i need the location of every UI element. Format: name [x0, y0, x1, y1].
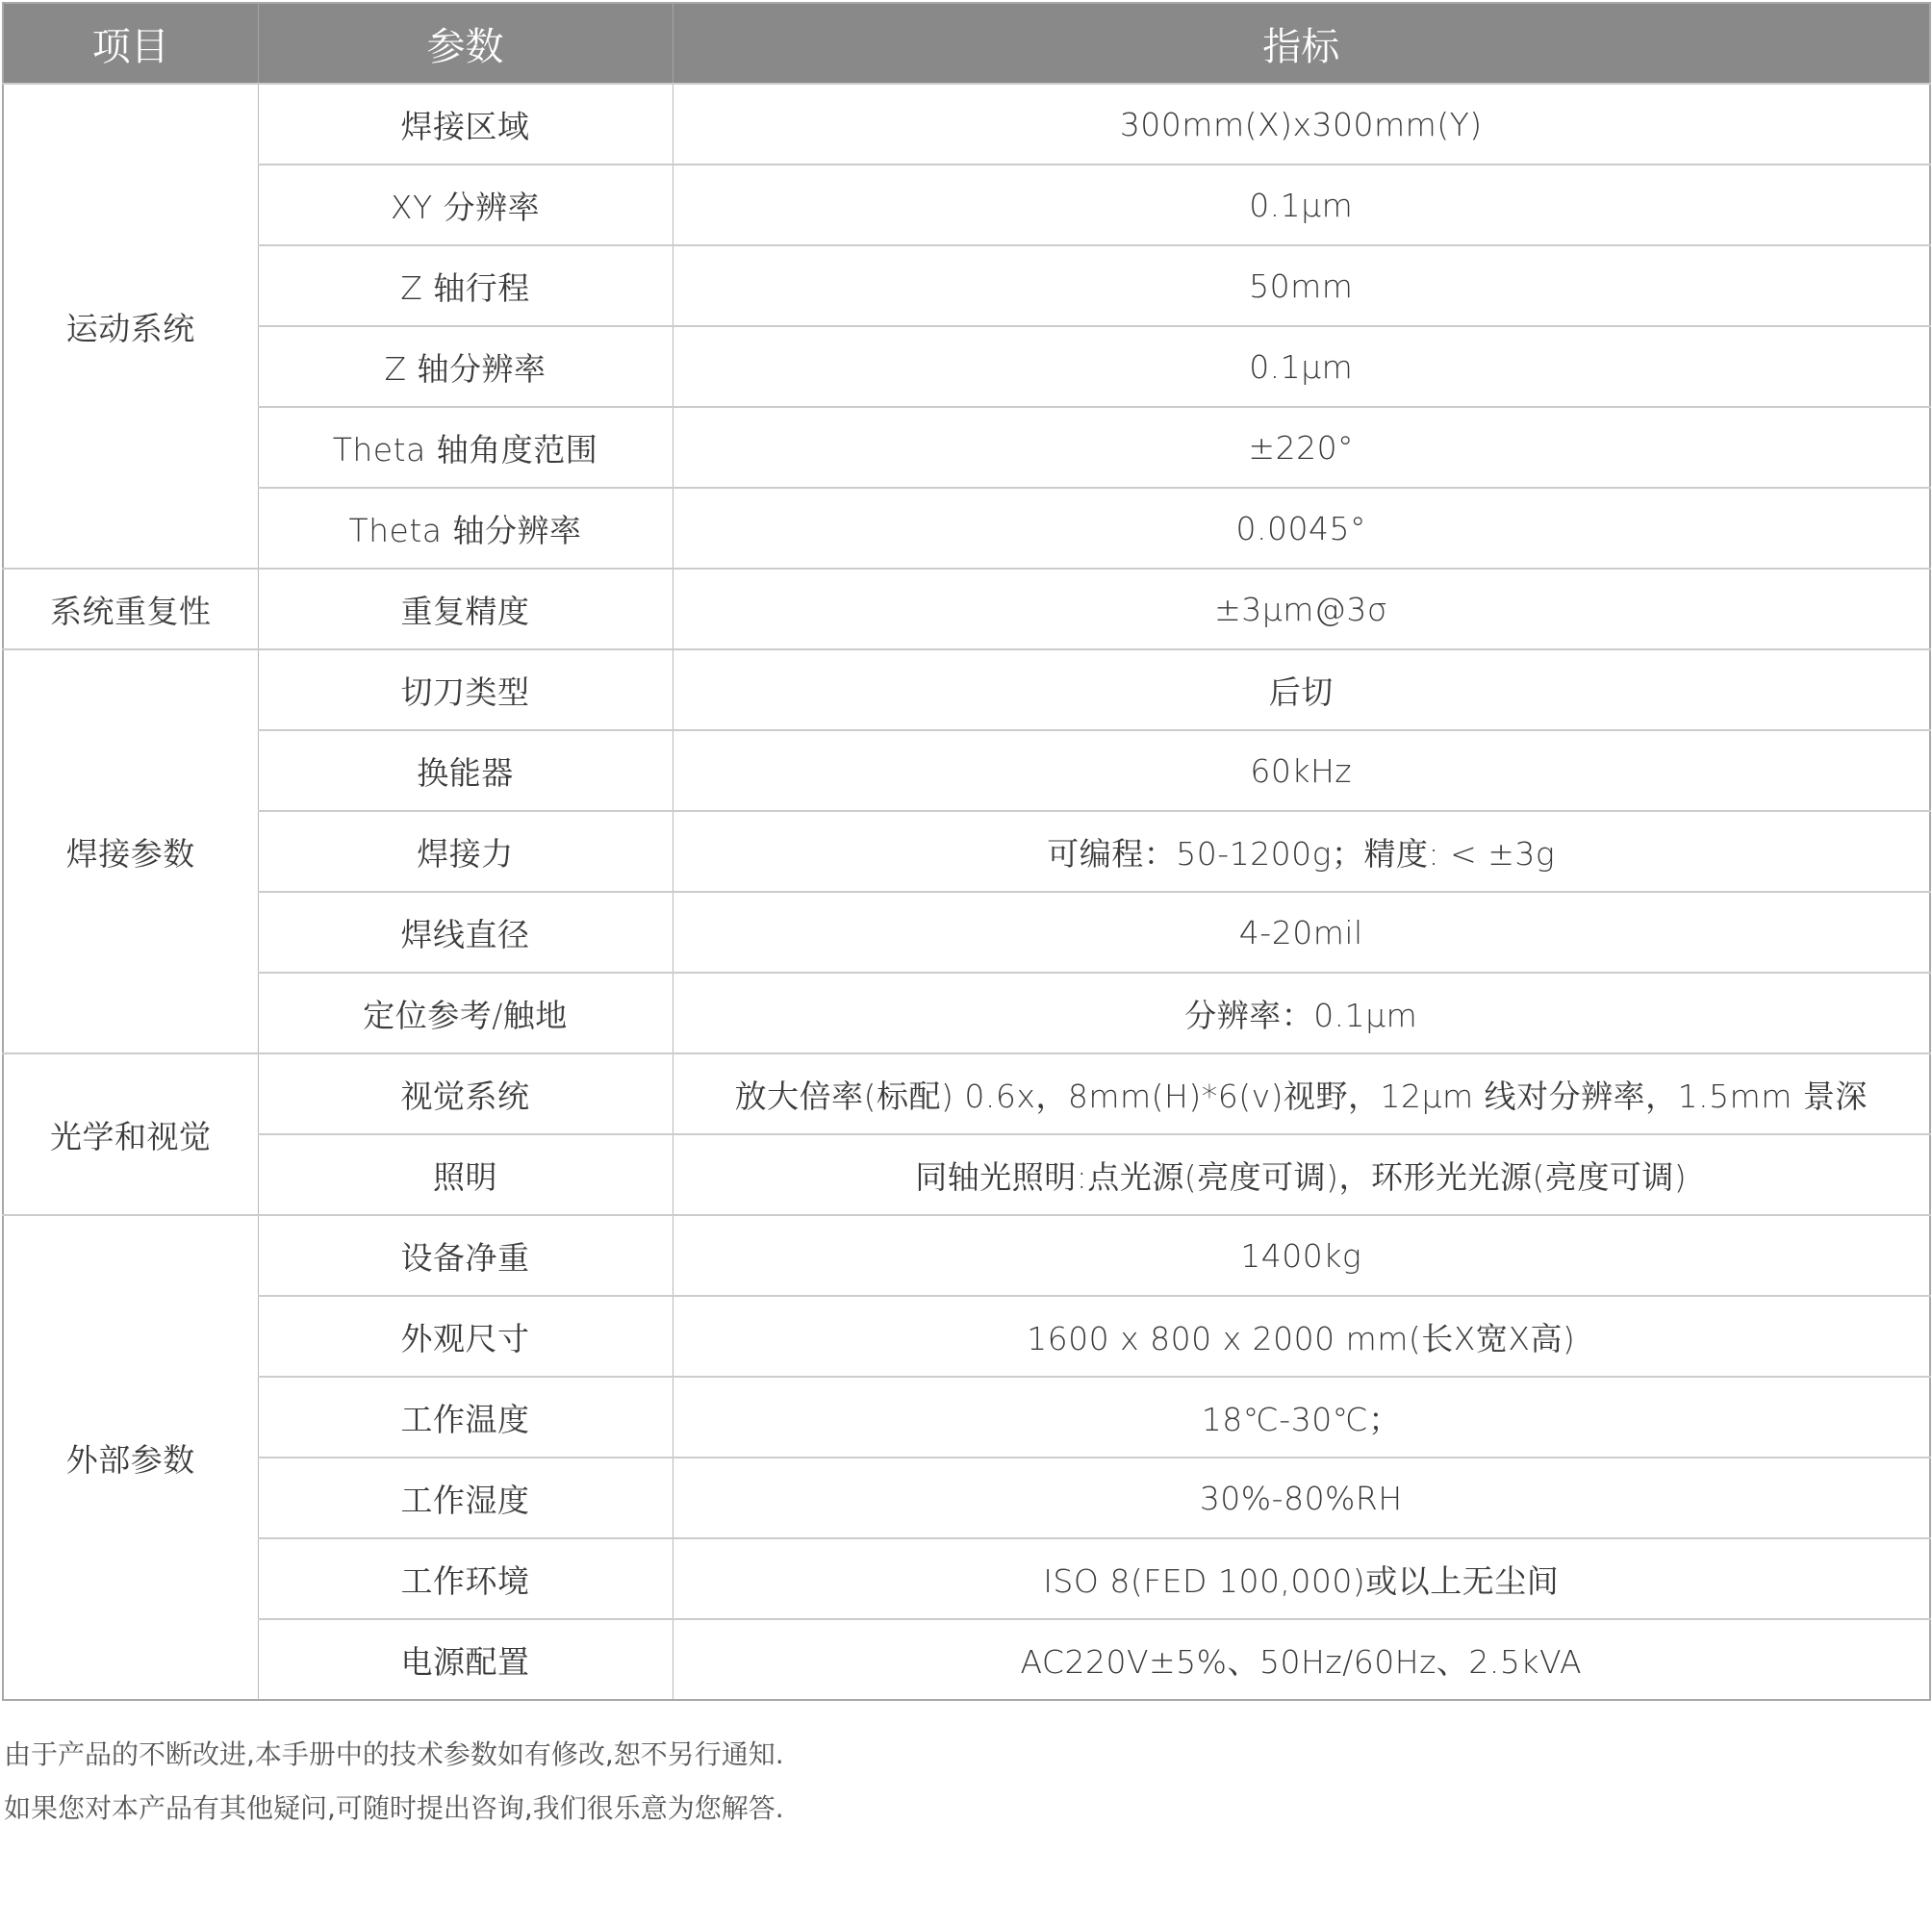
- value-cell: 分辨率：0.1μm: [673, 973, 1930, 1053]
- param-cell: 工作湿度: [258, 1458, 673, 1538]
- param-cell: Z 轴分辨率: [258, 326, 673, 407]
- value-cell: 4-20mil: [673, 892, 1930, 973]
- header-parameter: 参数: [258, 3, 673, 84]
- param-cell: 换能器: [258, 730, 673, 811]
- param-cell: Theta 轴分辨率: [258, 488, 673, 569]
- table-row: 照明 同轴光照明:点光源(亮度可调)，环形光光源(亮度可调): [3, 1134, 1930, 1215]
- table-row: Z 轴分辨率 0.1μm: [3, 326, 1930, 407]
- value-cell: 300mm(X)x300mm(Y): [673, 84, 1930, 165]
- param-cell: 视觉系统: [258, 1053, 673, 1134]
- param-cell: 焊线直径: [258, 892, 673, 973]
- category-cell: 焊接参数: [3, 649, 258, 1053]
- table-row: 定位参考/触地 分辨率：0.1μm: [3, 973, 1930, 1053]
- table-row: Theta 轴角度范围 ±220°: [3, 407, 1930, 488]
- param-cell: 焊接力: [258, 811, 673, 892]
- value-cell: 50mm: [673, 245, 1930, 326]
- table-row: 焊线直径 4-20mil: [3, 892, 1930, 973]
- table-row: 焊接参数 切刀类型 后切: [3, 649, 1930, 730]
- param-cell: 设备净重: [258, 1215, 673, 1296]
- table-row: 光学和视觉 视觉系统 放大倍率(标配) 0.6x，8mm(H)*6(v)视野，1…: [3, 1053, 1930, 1134]
- value-cell: 0.1μm: [673, 165, 1930, 245]
- table-header-row: 项目 参数 指标: [3, 3, 1930, 84]
- header-category: 项目: [3, 3, 258, 84]
- table-row: XY 分辨率 0.1μm: [3, 165, 1930, 245]
- table-row: 工作温度 18℃-30℃；: [3, 1377, 1930, 1458]
- category-cell: 运动系统: [3, 84, 258, 569]
- value-cell: 可编程：50-1200g；精度: < ±3g: [673, 811, 1930, 892]
- table-row: 工作湿度 30%-80%RH: [3, 1458, 1930, 1538]
- value-cell: 18℃-30℃；: [673, 1377, 1930, 1458]
- param-cell: 照明: [258, 1134, 673, 1215]
- table-row: 外观尺寸 1600 x 800 x 2000 mm(长X宽X高): [3, 1296, 1930, 1377]
- param-cell: 切刀类型: [258, 649, 673, 730]
- value-cell: 同轴光照明:点光源(亮度可调)，环形光光源(亮度可调): [673, 1134, 1930, 1215]
- value-cell: 0.0045°: [673, 488, 1930, 569]
- value-cell: AC220V±5%、50Hz/60Hz、2.5kVA: [673, 1619, 1930, 1700]
- value-cell: ISO 8(FED 100,000)或以上无尘间: [673, 1538, 1930, 1619]
- table-row: Z 轴行程 50mm: [3, 245, 1930, 326]
- table-row: 运动系统 焊接区域 300mm(X)x300mm(Y): [3, 84, 1930, 165]
- table-row: 系统重复性 重复精度 ±3μm@3σ: [3, 569, 1930, 649]
- value-cell: 放大倍率(标配) 0.6x，8mm(H)*6(v)视野，12μm 线对分辨率，1…: [673, 1053, 1930, 1134]
- value-cell: 1600 x 800 x 2000 mm(长X宽X高): [673, 1296, 1930, 1377]
- param-cell: 电源配置: [258, 1619, 673, 1700]
- param-cell: Theta 轴角度范围: [258, 407, 673, 488]
- param-cell: 焊接区域: [258, 84, 673, 165]
- param-cell: XY 分辨率: [258, 165, 673, 245]
- value-cell: 0.1μm: [673, 326, 1930, 407]
- category-cell: 外部参数: [3, 1215, 258, 1700]
- table-row: 电源配置 AC220V±5%、50Hz/60Hz、2.5kVA: [3, 1619, 1930, 1700]
- table-row: 换能器 60kHz: [3, 730, 1930, 811]
- value-cell: 30%-80%RH: [673, 1458, 1930, 1538]
- table-row: Theta 轴分辨率 0.0045°: [3, 488, 1930, 569]
- table-row: 外部参数 设备净重 1400kg: [3, 1215, 1930, 1296]
- param-cell: 外观尺寸: [258, 1296, 673, 1377]
- value-cell: ±3μm@3σ: [673, 569, 1930, 649]
- header-specification: 指标: [673, 3, 1930, 84]
- param-cell: 工作环境: [258, 1538, 673, 1619]
- param-cell: Z 轴行程: [258, 245, 673, 326]
- footnote-line: 如果您对本产品有其他疑问,可随时提出咨询,我们很乐意为您解答.: [4, 1791, 784, 1826]
- footnote-line: 由于产品的不断改进,本手册中的技术参数如有修改,恕不另行通知.: [4, 1737, 784, 1772]
- param-cell: 工作温度: [258, 1377, 673, 1458]
- table-row: 焊接力 可编程：50-1200g；精度: < ±3g: [3, 811, 1930, 892]
- spec-table: 项目 参数 指标 运动系统 焊接区域 300mm(X)x300mm(Y) XY …: [2, 2, 1931, 1701]
- footnotes: 由于产品的不断改进,本手册中的技术参数如有修改,恕不另行通知. 如果您对本产品有…: [4, 1737, 784, 1845]
- param-cell: 重复精度: [258, 569, 673, 649]
- category-cell: 系统重复性: [3, 569, 258, 649]
- table-row: 工作环境 ISO 8(FED 100,000)或以上无尘间: [3, 1538, 1930, 1619]
- category-cell: 光学和视觉: [3, 1053, 258, 1215]
- param-cell: 定位参考/触地: [258, 973, 673, 1053]
- value-cell: 60kHz: [673, 730, 1930, 811]
- value-cell: 1400kg: [673, 1215, 1930, 1296]
- value-cell: 后切: [673, 649, 1930, 730]
- value-cell: ±220°: [673, 407, 1930, 488]
